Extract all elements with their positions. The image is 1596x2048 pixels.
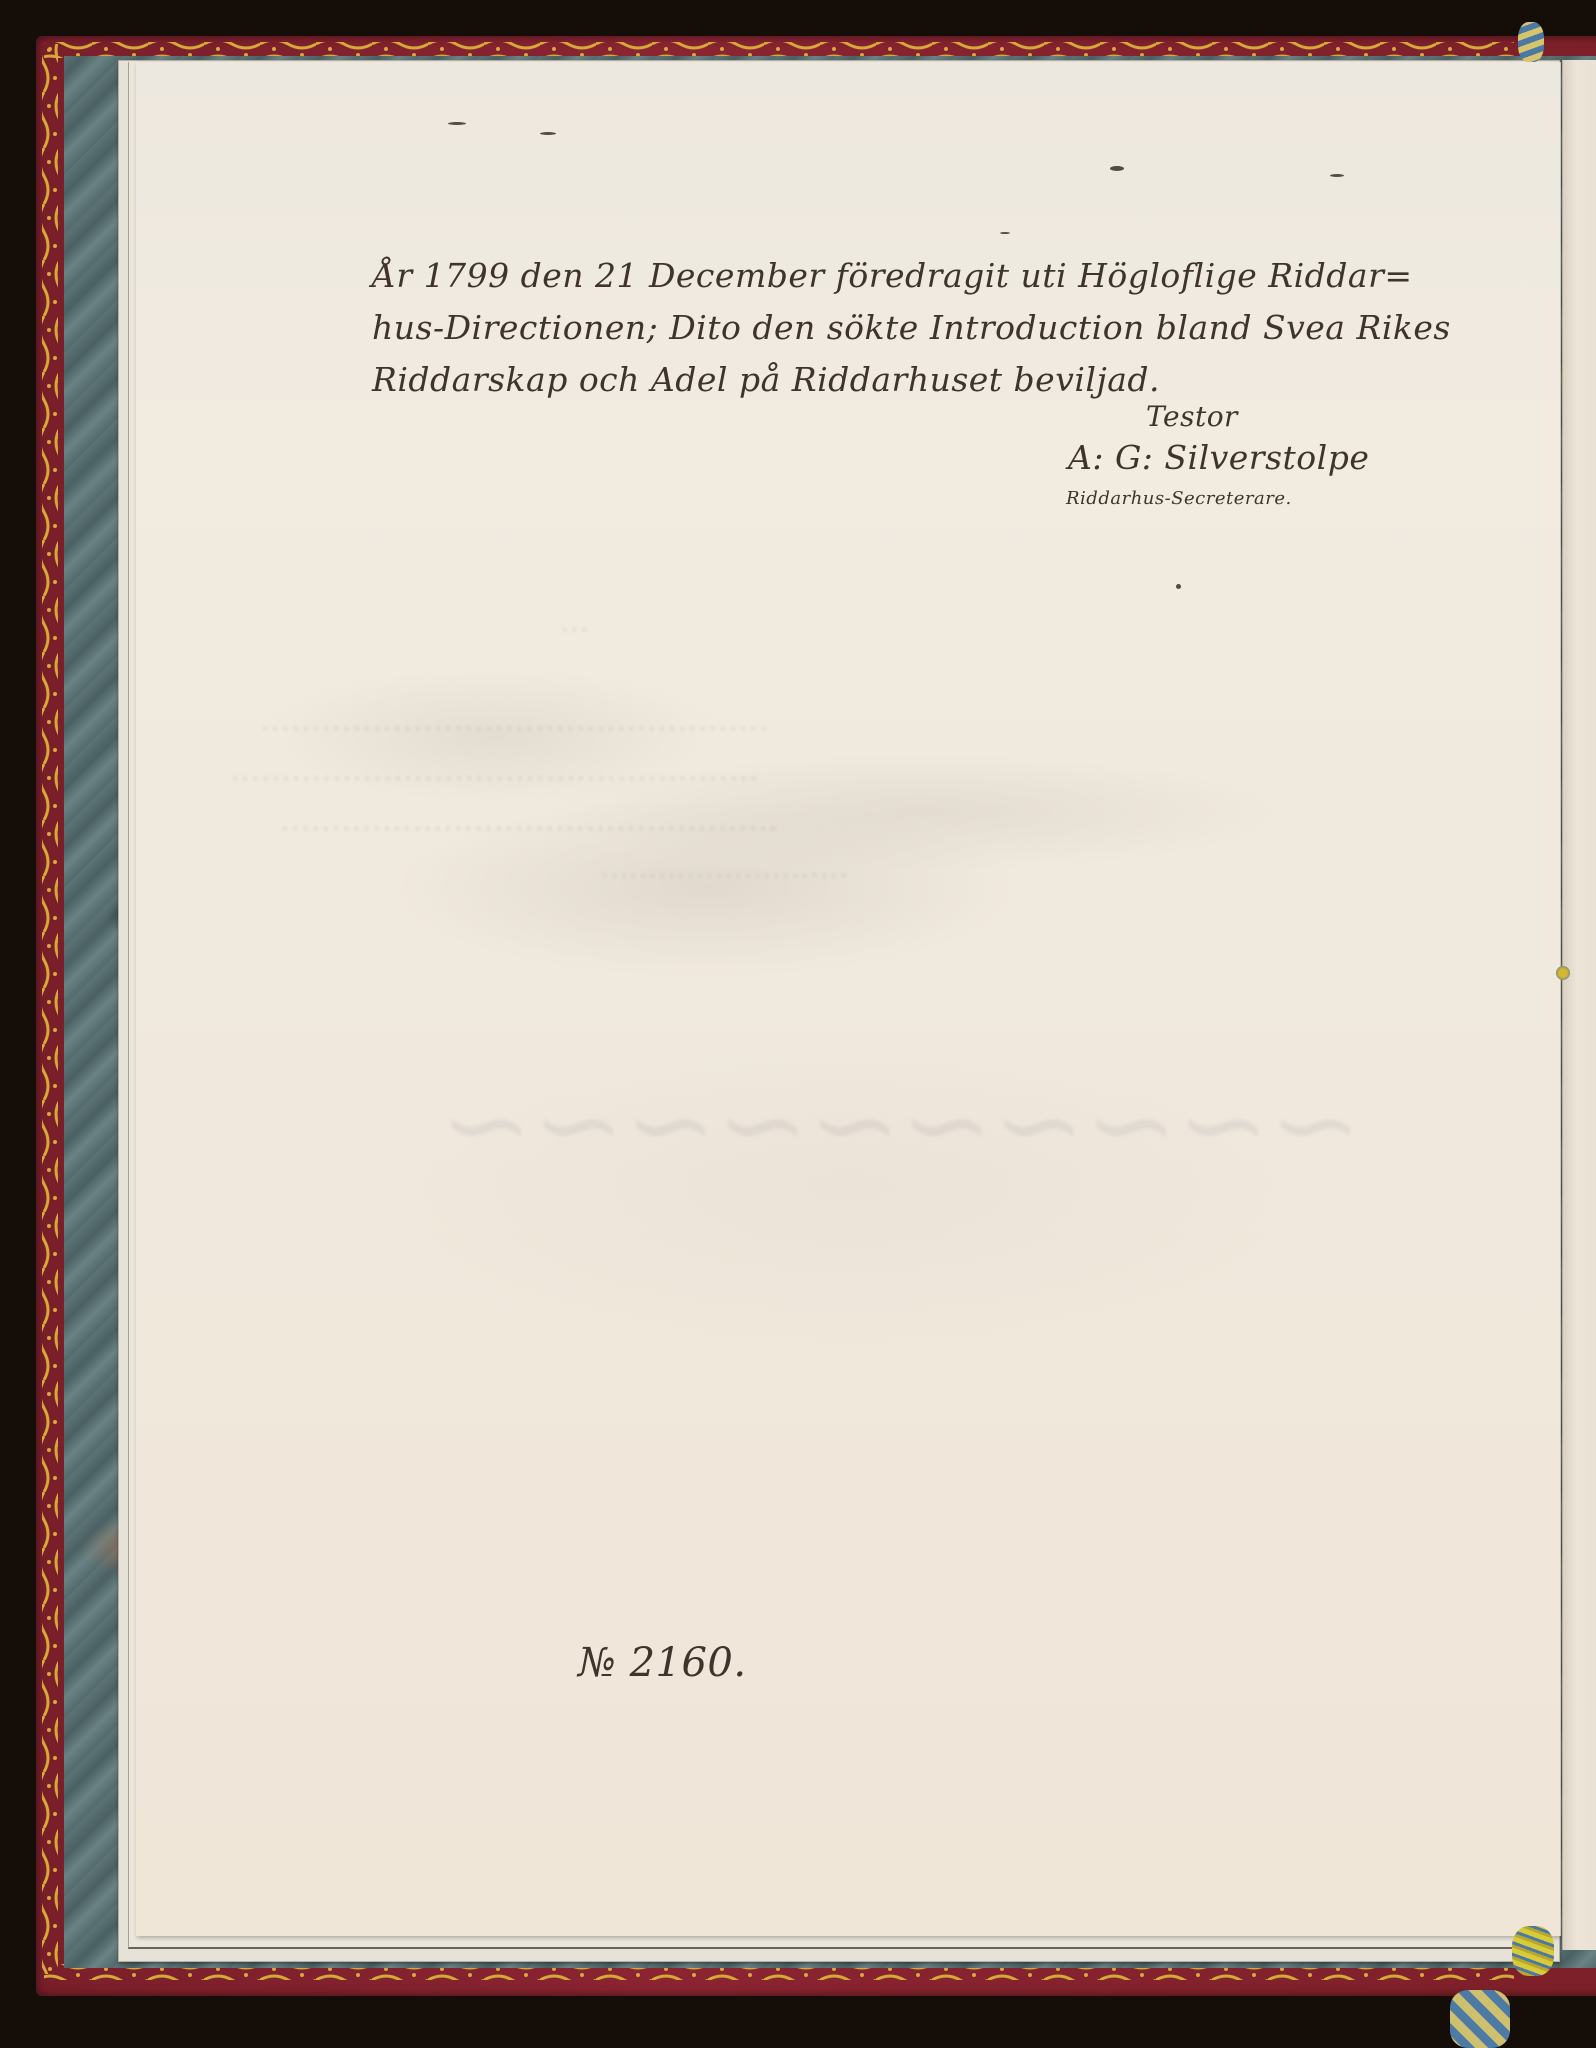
bleed-through-text: ........................................… bbox=[260, 700, 769, 738]
signatory-title: Riddarhus-Secreterare. bbox=[1066, 488, 1292, 509]
entry-line-2: hus-Directionen; Dito den sökte Introduc… bbox=[372, 308, 1451, 347]
ink-speck bbox=[1110, 166, 1124, 171]
bleed-through-text: ........................................… bbox=[230, 750, 759, 788]
ink-speck bbox=[1000, 232, 1010, 234]
entry-line-1: År 1799 den 21 December föredragit uti H… bbox=[372, 256, 1413, 295]
headband-bottom-icon bbox=[1512, 1926, 1554, 1976]
signature: A: G: Silverstolpe bbox=[1068, 438, 1369, 477]
bleed-through-text: .......................... bbox=[600, 850, 848, 885]
testor-label: Testor bbox=[1146, 400, 1238, 433]
facing-page-edge bbox=[1562, 60, 1596, 1950]
binding-thread-icon bbox=[1556, 966, 1570, 980]
document-number: № 2160. bbox=[578, 1640, 747, 1686]
entry-line-3: Riddarskap och Adel på Riddarhuset bevil… bbox=[372, 360, 1160, 399]
bleed-through-signature: ~~~~~~~~~~ bbox=[440, 1060, 1362, 1188]
scan-stage: ... ....................................… bbox=[0, 0, 1596, 2048]
ink-speck bbox=[540, 132, 556, 135]
bleed-through-text: ... bbox=[560, 604, 589, 639]
ink-speck bbox=[1330, 174, 1344, 177]
tassel-cord-icon bbox=[1450, 1990, 1510, 2048]
ink-speck bbox=[448, 122, 466, 125]
ink-speck bbox=[1176, 584, 1181, 589]
bleed-through-text: ........................................… bbox=[280, 800, 778, 838]
headband-top-icon bbox=[1518, 22, 1544, 62]
